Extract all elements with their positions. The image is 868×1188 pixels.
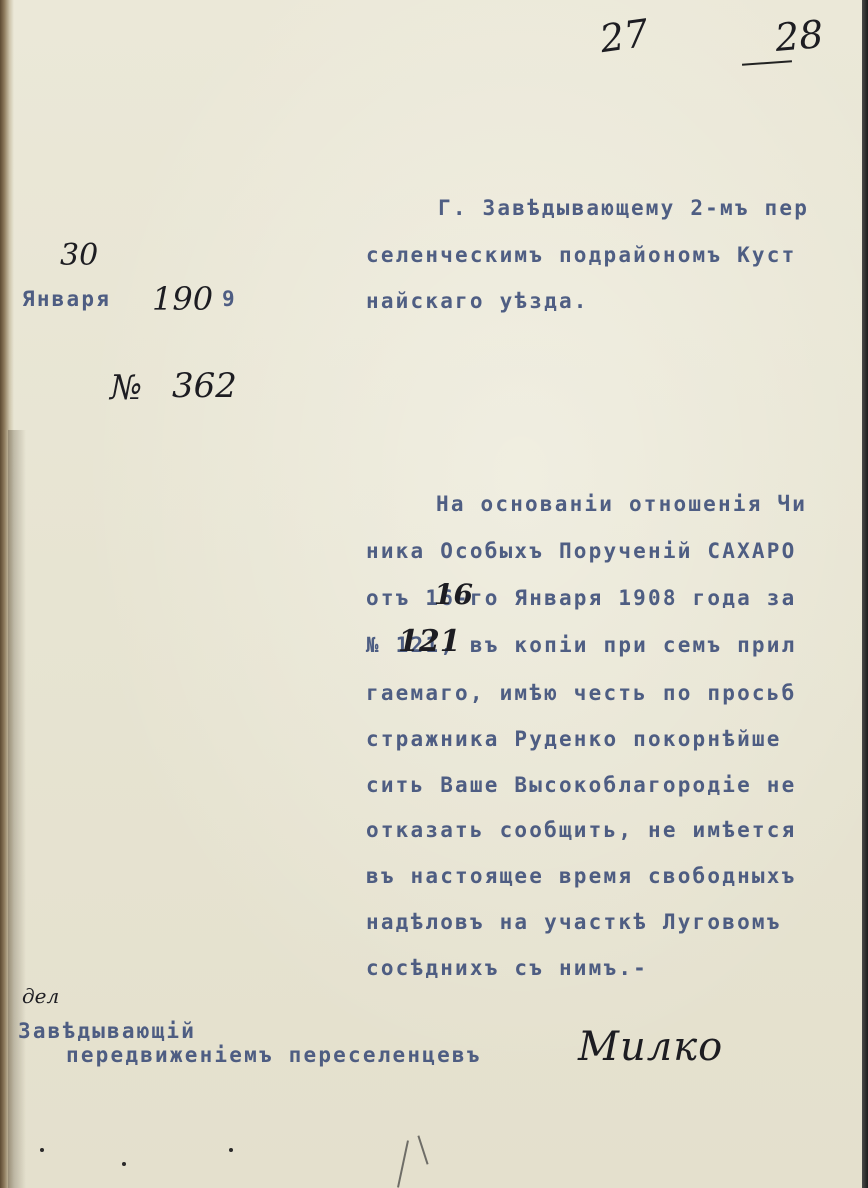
- body-line-7: сить Ваше Высокоблагородiе не: [366, 773, 796, 797]
- page-number-strike: [742, 60, 792, 65]
- outgoing-number: 362: [172, 366, 237, 406]
- body-line-1: На основанiи отношенiя Чи: [436, 492, 807, 516]
- body-line-6: стражника Руденко покорнѣйше: [366, 727, 782, 751]
- body-line-8: отказать сообщить, не имѣется: [366, 818, 796, 842]
- handwritten-date-overwrite: 16: [434, 578, 473, 611]
- addressee-line-1: Г. Завѣдывающему 2-мъ пер: [438, 196, 809, 220]
- body-line-5: гаемаго, имѣю честь по просьб: [366, 681, 796, 705]
- body-line-3: отъ 16-го Января 1908 года за: [366, 586, 796, 610]
- body-line-9: въ настоящее время свободныхъ: [366, 864, 796, 888]
- date-year-digit: 9: [222, 287, 237, 311]
- paper-tear: [417, 1135, 428, 1164]
- page-shadow: [8, 430, 26, 1188]
- page-number-left: 27: [597, 11, 651, 61]
- outgoing-number-prefix: №: [110, 368, 142, 408]
- addressee-line-2: селенческимъ подрайономъ Куст: [366, 243, 796, 267]
- signatory-title-line-2: передвиженiемъ переселенцевъ: [66, 1043, 482, 1067]
- scan-border: [862, 0, 868, 1188]
- date-month: Января: [22, 287, 111, 311]
- signatory-title-line-1: Завѣдывающiй: [18, 1019, 196, 1043]
- document-page: 27 28 30 Января 190 9 № 362 Г. Завѣдываю…: [0, 0, 868, 1188]
- margin-note: дел: [22, 984, 59, 1008]
- body-line-11: сосѣднихъ съ нимъ.-: [366, 956, 648, 980]
- punch-hole: [122, 1162, 126, 1166]
- punch-hole: [40, 1148, 44, 1152]
- body-line-2: ника Особыхъ Порученiй САХАРО: [366, 539, 796, 563]
- handwritten-number-overwrite: 121: [398, 624, 461, 659]
- signature: Милко: [578, 1024, 723, 1070]
- paper-tear: [397, 1140, 409, 1187]
- body-line-10: надѣловъ на участкѣ Луговомъ: [366, 910, 782, 934]
- date-year-handwritten: 190: [152, 280, 213, 318]
- addressee-line-3: найскаго уѣзда.: [366, 289, 589, 313]
- page-number-right: 28: [773, 12, 825, 60]
- date-day: 30: [60, 238, 98, 273]
- punch-hole: [229, 1148, 233, 1152]
